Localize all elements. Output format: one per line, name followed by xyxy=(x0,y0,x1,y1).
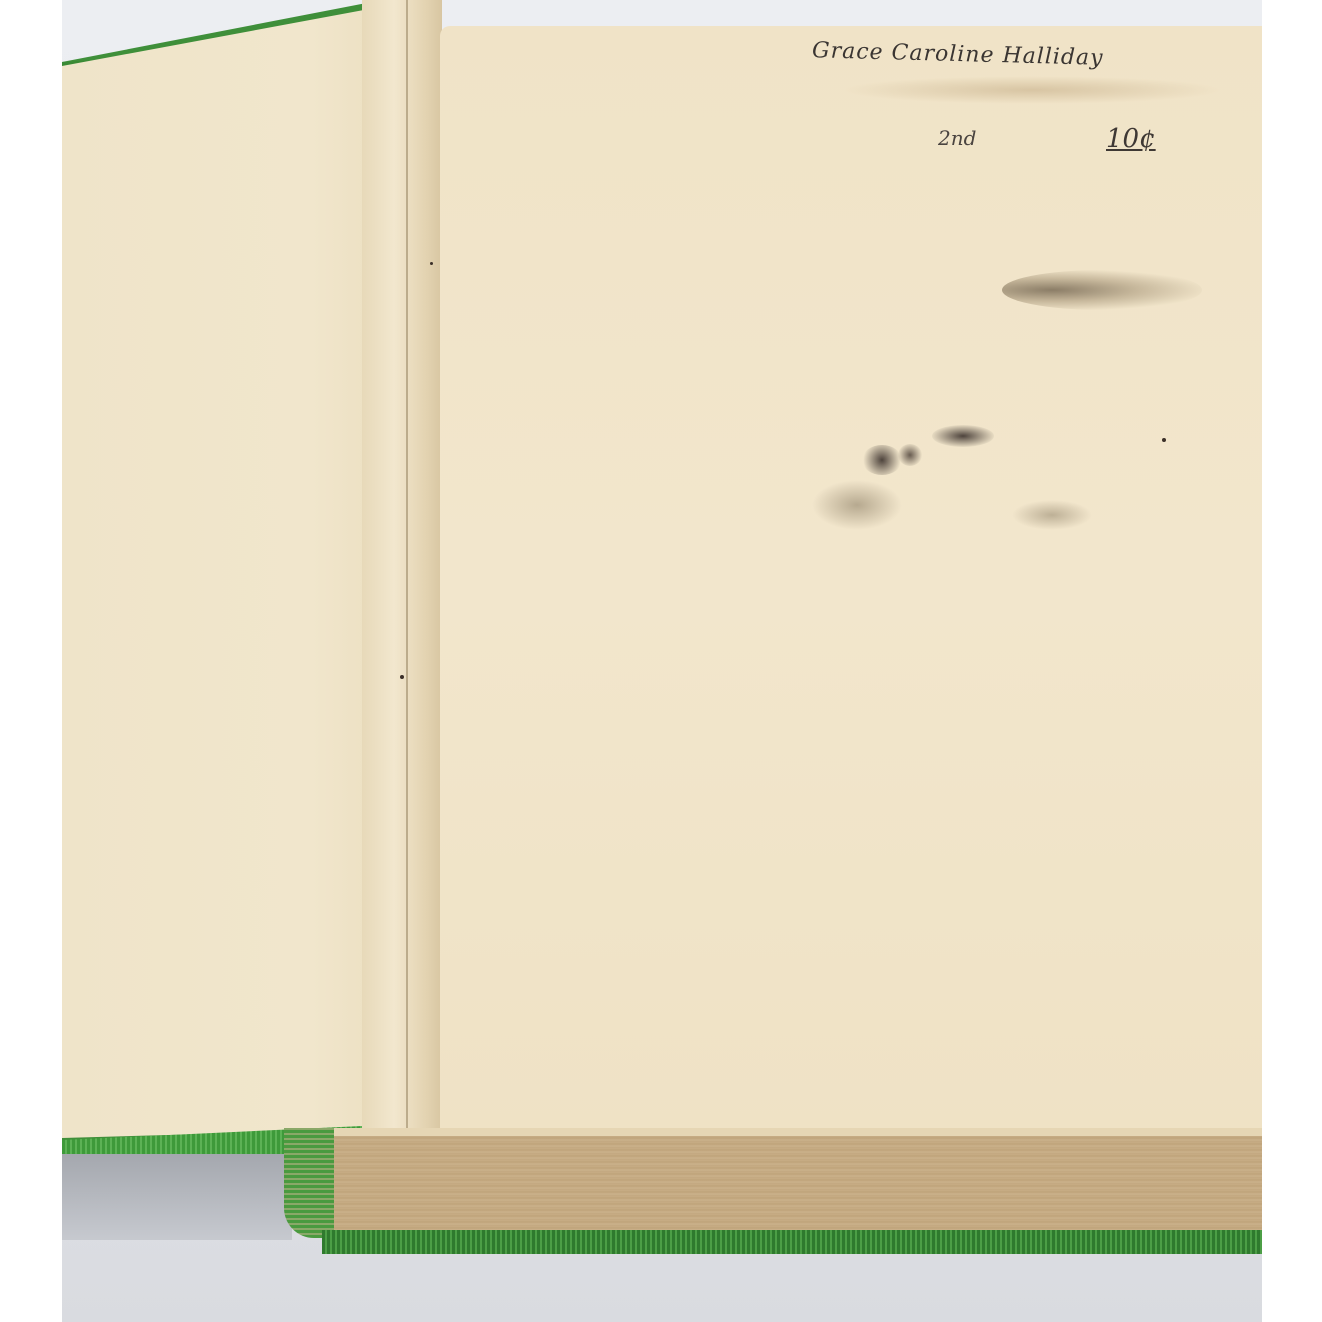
foxing-stain xyxy=(842,76,1222,104)
stain-dark-3 xyxy=(898,444,922,466)
frayed-spine-corner xyxy=(284,1128,334,1238)
book-photo: Grace Caroline Halliday 2nd 10¢ xyxy=(62,0,1262,1322)
price-note: 10¢ xyxy=(1106,124,1156,154)
stain-upper xyxy=(1002,270,1202,310)
speck xyxy=(430,262,433,265)
stain-lower-right xyxy=(1012,500,1092,530)
back-board-cloth-edge xyxy=(322,1230,1262,1254)
page-block-fore-edge xyxy=(312,1136,1262,1232)
flyleaf-page xyxy=(440,26,1262,1136)
speck xyxy=(400,675,404,679)
hinge-crease xyxy=(406,0,408,1128)
book-hinge xyxy=(362,0,442,1128)
edition-note: 2nd xyxy=(938,126,976,150)
stain-dark-1 xyxy=(862,445,902,475)
speck xyxy=(1162,438,1166,442)
stain-dark-2 xyxy=(932,425,994,447)
stain-lower-left xyxy=(812,480,902,530)
cover-shadow xyxy=(62,1150,292,1240)
